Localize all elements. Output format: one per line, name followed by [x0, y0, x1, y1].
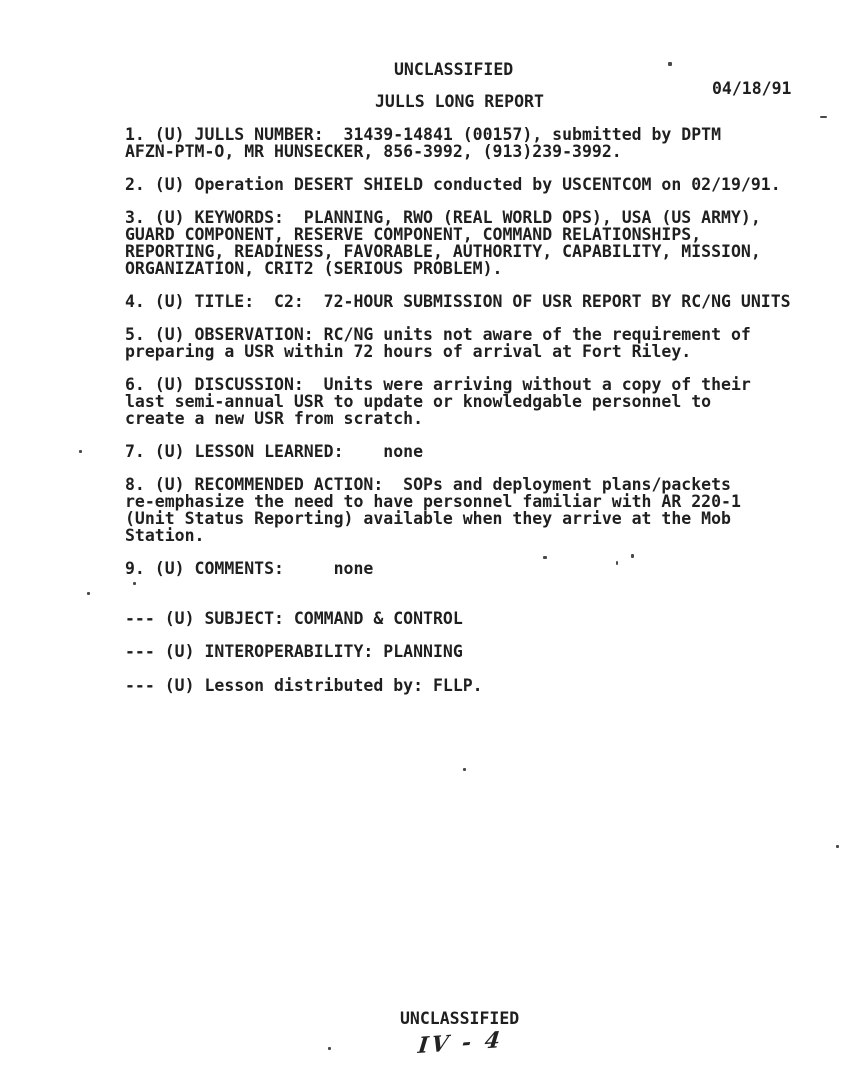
body-line: Station.	[125, 528, 815, 545]
body-line: --- (U) INTEROPERABILITY: PLANNING	[125, 644, 815, 661]
body-line: preparing a USR within 72 hours of arriv…	[125, 344, 815, 361]
body-line: ORGANIZATION, CRIT2 (SERIOUS PROBLEM).	[125, 261, 815, 278]
scan-speck	[631, 554, 634, 558]
scan-speck	[836, 845, 839, 848]
body-line: --- (U) Lesson distributed by: FLLP.	[125, 678, 815, 695]
body-line: AFZN-PTM-O, MR HUNSECKER, 856-3992, (913…	[125, 144, 815, 161]
body-line: --- (U) SUBJECT: COMMAND & CONTROL	[125, 611, 815, 628]
scanned-document-page: UNCLASSIFIED 04/18/91 JULLS LONG REPORT …	[0, 0, 850, 1079]
scan-speck	[616, 561, 618, 565]
body-line	[125, 578, 815, 595]
handwritten-page-number: IV - 4	[417, 1027, 505, 1059]
body-line: 4. (U) TITLE: C2: 72-HOUR SUBMISSION OF …	[125, 294, 815, 311]
report-title: JULLS LONG REPORT	[375, 94, 544, 111]
classification-banner-top: UNCLASSIFIED	[394, 62, 513, 79]
scan-speck	[328, 1047, 331, 1050]
scan-speck	[79, 450, 82, 453]
document-body: 1. (U) JULLS NUMBER: 31439-14841 (00157)…	[125, 127, 815, 694]
body-line: REPORTING, READINESS, FAVORABLE, AUTHORI…	[125, 244, 815, 261]
scan-speck	[820, 116, 827, 118]
scan-speck	[668, 62, 672, 66]
body-line: 9. (U) COMMENTS: none	[125, 561, 815, 578]
scan-speck	[87, 592, 90, 595]
scan-speck	[543, 556, 547, 559]
body-line: create a new USR from scratch.	[125, 411, 815, 428]
scan-speck	[463, 768, 466, 771]
report-date: 04/18/91	[712, 81, 791, 98]
body-line: 7. (U) LESSON LEARNED: none	[125, 444, 815, 461]
scan-speck	[133, 582, 136, 585]
classification-banner-bottom: UNCLASSIFIED	[400, 1011, 519, 1028]
body-line: (Unit Status Reporting) available when t…	[125, 511, 815, 528]
body-line: 2. (U) Operation DESERT SHIELD conducted…	[125, 177, 815, 194]
